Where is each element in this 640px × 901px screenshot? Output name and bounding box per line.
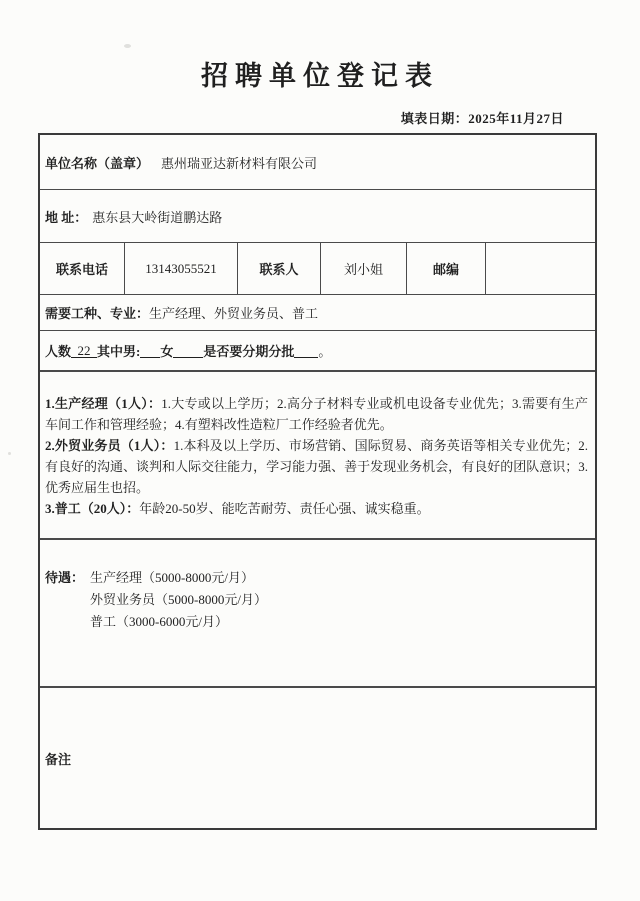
requirement-item: 2.外贸业务员（1人）：1.本科及以上学历、市场营销、国际贸易、商务英语等相关专…	[45, 435, 588, 498]
salary-label: 待遇：	[45, 567, 84, 633]
form-title: 招聘单位登记表	[0, 54, 640, 93]
requirement-item: 1.生产经理（1人）：1.大专或以上学历；2.高分子材料专业或机电设备专业优先；…	[45, 393, 588, 435]
remarks-section: 备注	[40, 688, 595, 828]
positions-label: 需要工种、专业：	[45, 303, 149, 322]
requirements-section: 1.生产经理（1人）：1.大专或以上学历；2.高分子材料专业或机电设备专业优先；…	[40, 372, 595, 540]
scanned-form-page: 招聘单位登记表 填表日期：2025年11月27日 单位名称（盖章） 惠州瑞亚达新…	[0, 0, 640, 901]
requirement-body: 年龄20-50岁、能吃苦耐劳、责任心强、诚实稳重。	[139, 501, 429, 516]
postcode-label: 邮编	[407, 243, 486, 294]
contact-person-label: 联系人	[238, 243, 321, 294]
phone-label: 联系电话	[40, 243, 125, 294]
positions-row: 需要工种、专业： 生产经理、外贸业务员、普工	[40, 295, 595, 331]
headcount-period: 。	[318, 341, 331, 360]
requirement-title: 2.外贸业务员（1人）：	[45, 438, 174, 453]
postcode-value	[486, 243, 595, 294]
scan-artifact	[124, 44, 131, 48]
remarks-label: 备注	[45, 749, 71, 768]
headcount-row: 人数 22 其中男: 女 是否要分期分批 。	[40, 331, 595, 372]
salary-line: 普工（3000-6000元/月）	[90, 611, 267, 633]
salary-line: 外贸业务员（5000-8000元/月）	[90, 589, 267, 611]
positions-value: 生产经理、外贸业务员、普工	[149, 303, 318, 322]
unit-name-row: 单位名称（盖章） 惠州瑞亚达新材料有限公司	[40, 135, 595, 190]
registration-table: 单位名称（盖章） 惠州瑞亚达新材料有限公司 地 址： 惠东县大岭街道鹏达路 联系…	[38, 133, 597, 830]
requirement-title: 1.生产经理（1人）：	[45, 396, 161, 411]
headcount-label: 人数	[45, 341, 71, 360]
address-label: 地 址：	[45, 207, 87, 226]
salary-lines: 生产经理（5000-8000元/月） 外贸业务员（5000-8000元/月） 普…	[90, 567, 267, 633]
unit-name-label: 单位名称（盖章）	[45, 153, 149, 172]
female-label: 女	[160, 341, 173, 360]
male-label: 其中男:	[97, 341, 140, 360]
fill-date: 填表日期：2025年11月27日	[401, 108, 564, 127]
salary-section: 待遇： 生产经理（5000-8000元/月） 外贸业务员（5000-8000元/…	[40, 540, 595, 688]
salary-line: 生产经理（5000-8000元/月）	[90, 567, 267, 589]
phone-value: 13143055521	[125, 243, 238, 294]
unit-name-value: 惠州瑞亚达新材料有限公司	[161, 153, 317, 172]
batch-label: 是否要分期分批	[203, 341, 294, 360]
female-blank	[173, 343, 203, 358]
scan-artifact	[8, 452, 11, 455]
contact-person-value: 刘小姐	[321, 243, 407, 294]
requirement-title: 3.普工（20人）：	[45, 501, 139, 516]
address-value: 惠东县大岭街道鹏达路	[92, 207, 222, 226]
batch-blank	[294, 343, 318, 358]
address-row: 地 址： 惠东县大岭街道鹏达路	[40, 190, 595, 243]
contact-row: 联系电话 13143055521 联系人 刘小姐 邮编	[40, 243, 595, 295]
requirement-item: 3.普工（20人）：年龄20-50岁、能吃苦耐劳、责任心强、诚实稳重。	[45, 498, 588, 519]
male-blank	[140, 343, 160, 358]
headcount-total: 22	[71, 343, 97, 358]
salary-wrap: 待遇： 生产经理（5000-8000元/月） 外贸业务员（5000-8000元/…	[45, 567, 589, 633]
